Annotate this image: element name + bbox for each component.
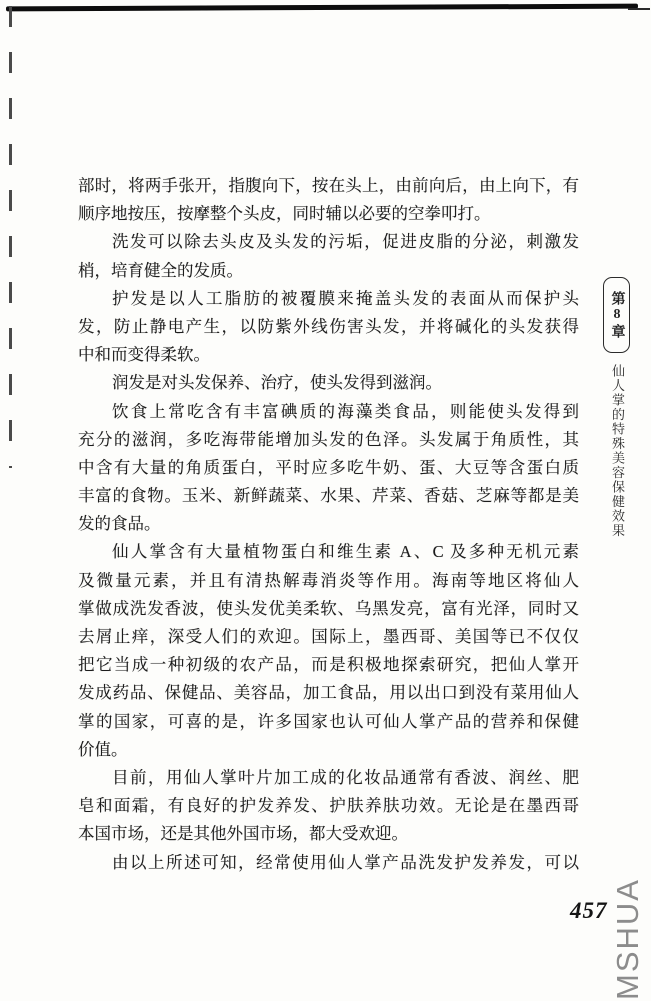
text-line: 充分的滋润，多吃海带能增加头发的色泽。头发属于角质性，其 <box>78 426 579 454</box>
watermark-text: MSHUA <box>610 878 646 1000</box>
text-line: 部时，将两手张开，指腹向下，按在头上，由前向后，由上向下，有 <box>78 172 579 200</box>
text-line: 把它当成一种初级的农产品，而是积极地探索研究，把仙人掌开 <box>78 651 579 679</box>
scan-left-dashed-line <box>9 6 12 468</box>
chapter-title-vertical: 仙人掌的特殊美容保健效果 <box>608 364 627 539</box>
text-line: 中和而变得柔软。 <box>78 341 579 369</box>
text-line: 中含有大量的角质蛋白，平时应多吃牛奶、蛋、大豆等含蛋白质 <box>78 454 579 482</box>
text-line: 发，防止静电产生，以防紫外线伤害头发，并将碱化的头发获得 <box>78 313 579 341</box>
scan-top-edge-artifact-tail <box>628 8 650 10</box>
text-line: 梢，培育健全的发质。 <box>78 257 579 285</box>
text-line: 洗发可以除去头皮及头发的污垢，促进皮脂的分泌，刺激发 <box>78 228 579 256</box>
text-line: 顺序地按压，按摩整个头皮，同时辅以必要的空拳叩打。 <box>78 200 579 228</box>
text-line: 及微量元素，并且有清热解毒消炎等作用。海南等地区将仙人 <box>78 567 579 595</box>
scan-top-edge-artifact <box>6 4 638 12</box>
text-line: 润发是对头发保养、治疗，使头发得到滋润。 <box>78 369 579 397</box>
text-line: 皂和面霜，有良好的护发养发、护肤养肤功效。无论是在墨西哥 <box>78 792 579 820</box>
text-line: 仙人掌含有大量植物蛋白和维生素 A、C 及多种无机元素 <box>78 538 579 566</box>
text-line: 掌做成洗发香波，使头发优美柔软、乌黑发亮，富有光泽，同时又 <box>78 595 579 623</box>
page-number: 457 <box>570 898 608 924</box>
body-text-block: 部时，将两手张开，指腹向下，按在头上，由前向后，由上向下，有 顺序地按压，按摩整… <box>78 172 579 877</box>
text-line: 饮食上常吃含有丰富碘质的海藻类食品，则能使头发得到 <box>78 398 579 426</box>
text-line: 掌的国家，可喜的是，许多国家也认可仙人掌产品的营养和保健 <box>78 708 579 736</box>
text-line: 发成药品、保健品、美容品，加工食品，用以出口到没有菜用仙人 <box>78 679 579 707</box>
scanned-book-page: 部时，将两手张开，指腹向下，按在头上，由前向后，由上向下，有 顺序地按压，按摩整… <box>0 0 651 1001</box>
chapter-number-badge: 第8章 <box>603 277 630 353</box>
text-line: 由以上所述可知，经常使用仙人掌产品洗发护发养发，可以 <box>78 849 579 877</box>
text-line: 本国市场，还是其他外国市场，都大受欢迎。 <box>78 820 579 848</box>
text-line: 目前，用仙人掌叶片加工成的化妆品通常有香波、润丝、肥 <box>78 764 579 792</box>
chapter-number-label: 第8章 <box>607 291 627 340</box>
text-line: 去屑止痒，深受人们的欢迎。国际上，墨西哥、美国等已不仅仅 <box>78 623 579 651</box>
text-line: 发的食品。 <box>78 510 579 538</box>
text-line: 护发是以人工脂肪的被覆膜来掩盖头发的表面从而保护头 <box>78 285 579 313</box>
text-line: 价值。 <box>78 736 579 764</box>
text-line: 丰富的食物。玉米、新鲜蔬菜、水果、芹菜、香菇、芝麻等都是美 <box>78 482 579 510</box>
